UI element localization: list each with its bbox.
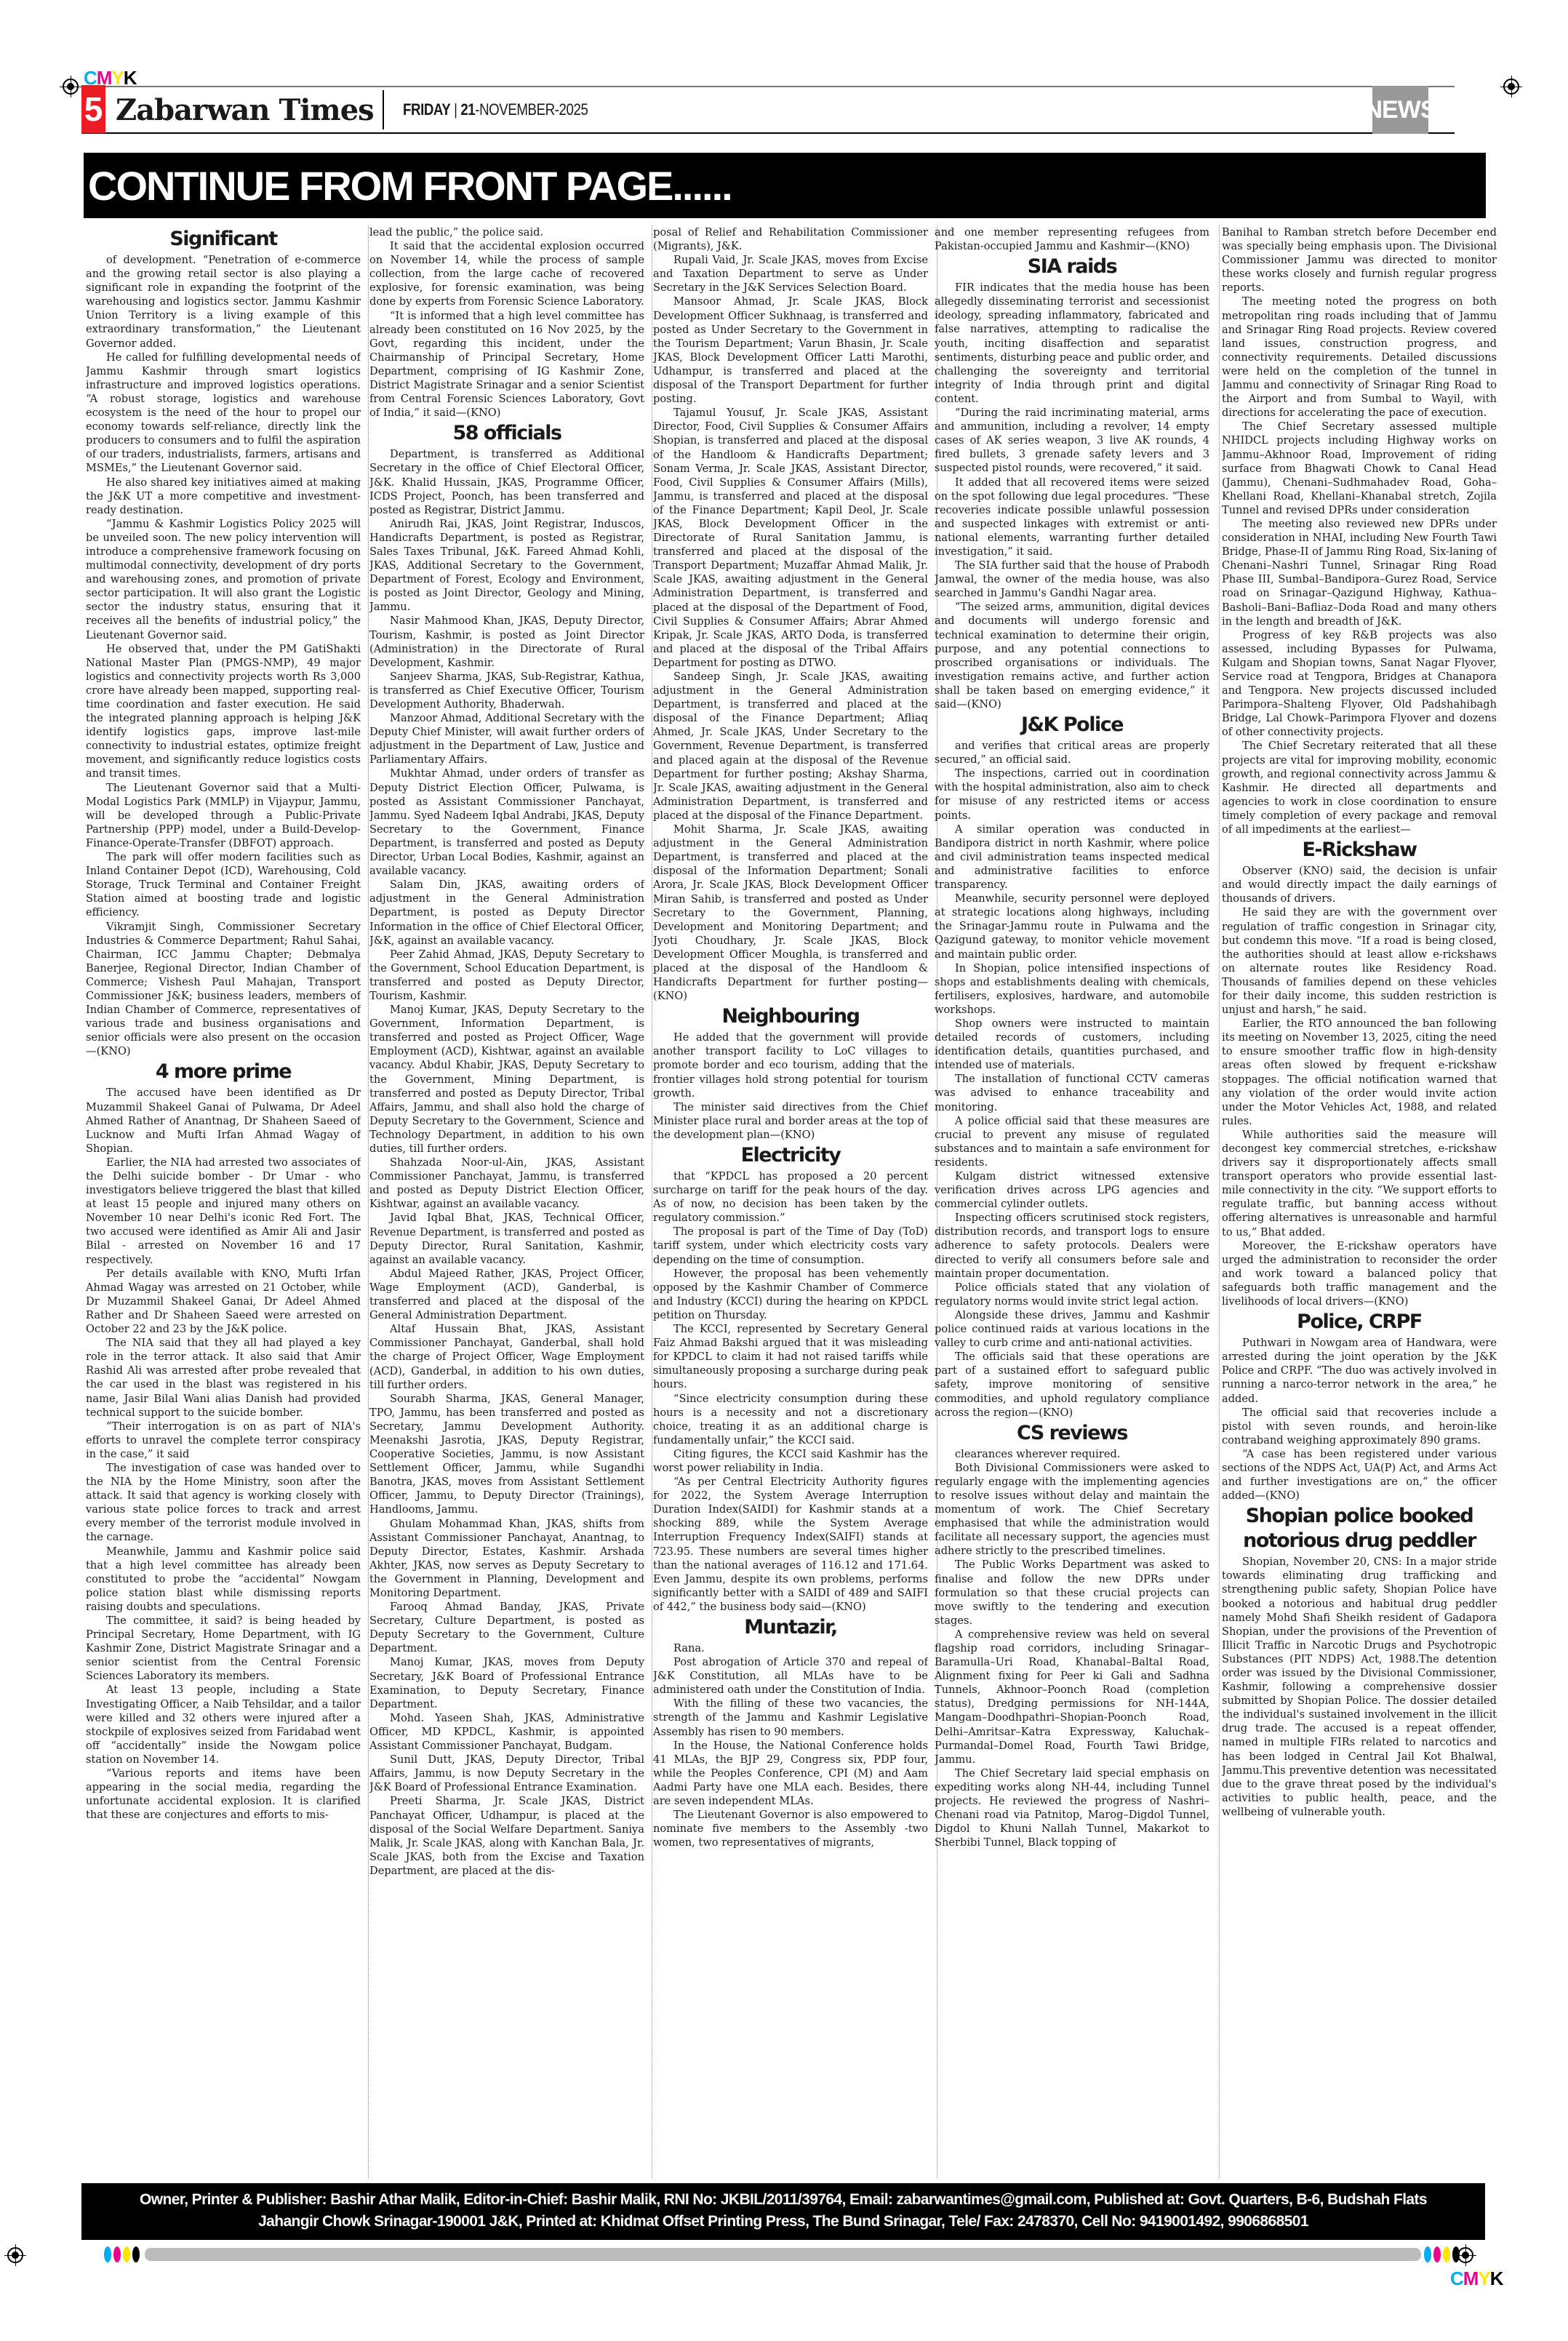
article-paragraph: The Chief Secretary reiterated that all … — [1222, 739, 1497, 836]
cmyk-mark-bottom: CMYK — [1450, 2268, 1503, 2290]
article-paragraph: Abdul Majeed Rather, JKAS, Project Offic… — [369, 1267, 644, 1322]
article-headline: 4 more prime — [86, 1060, 361, 1084]
divider — [383, 90, 384, 129]
article-paragraph: “Various reports and items have been app… — [86, 1766, 361, 1822]
article-paragraph: The KCCI, represented by Secretary Gener… — [653, 1322, 928, 1391]
article-paragraph: Manoj Kumar, JKAS, moves from Deputy Sec… — [369, 1655, 644, 1710]
registration-mark-icon — [63, 79, 79, 95]
article-paragraph: Both Divisional Commissioners were asked… — [935, 1461, 1209, 1558]
article-paragraph: that “KPDCL has proposed a 20 percent su… — [653, 1169, 928, 1225]
registration-mark-icon — [7, 2247, 23, 2263]
article-paragraph: Progress of key R&B projects was also as… — [1222, 628, 1497, 740]
article-paragraph: Ghulam Mohammad Khan, JKAS, shifts from … — [369, 1517, 644, 1601]
magenta-dot-icon — [113, 2246, 121, 2262]
article-headline: E-Rickshaw — [1222, 838, 1497, 863]
article-paragraph: The official said that recoveries includ… — [1222, 1406, 1497, 1447]
column-rule — [368, 225, 369, 2178]
article-paragraph: Citing figures, the KCCI said Kashmir ha… — [653, 1447, 928, 1475]
cyan-dot-icon — [1424, 2246, 1431, 2262]
article-paragraph: “It is informed that a high level commit… — [369, 309, 644, 420]
article-paragraph: “Jammu & Kashmir Logistics Policy 2025 w… — [86, 517, 361, 642]
yellow-dot-icon — [1443, 2246, 1450, 2262]
article-paragraph: Shahzada Noor-ul-Ain, JKAS, Assistant Co… — [369, 1156, 644, 1211]
article-paragraph: “Since electricity consumption during th… — [653, 1392, 928, 1447]
article-paragraph: With the filling of these two vacancies,… — [653, 1697, 928, 1738]
column-rule — [652, 225, 652, 2178]
article-paragraph: Observer (KNO) said, the decision is unf… — [1222, 864, 1497, 905]
article-paragraph: The investigation of case was handed ove… — [86, 1461, 361, 1545]
black-dot-icon — [132, 2246, 140, 2262]
article-paragraph: Javid Iqbal Bhat, JKAS, Technical Office… — [369, 1211, 644, 1266]
article-headline: Electricity — [653, 1143, 928, 1168]
article-paragraph: The installation of functional CCTV came… — [935, 1072, 1209, 1113]
article-paragraph: Inspecting officers scrutinised stock re… — [935, 1211, 1209, 1280]
article-paragraph: “A case has been registered under variou… — [1222, 1447, 1497, 1502]
article-paragraph: Department, is transferred as Additional… — [369, 447, 644, 516]
article-headline: J&K Police — [935, 713, 1209, 737]
article-paragraph: He added that the government will provid… — [653, 1031, 928, 1100]
article-paragraph: Meanwhile, Jammu and Kashmir police said… — [86, 1545, 361, 1614]
article-paragraph: Vikramjit Singh, Commissioner Secretary … — [86, 920, 361, 1059]
article-paragraph: Sanjeev Sharma, JKAS, Sub-Registrar, Kat… — [369, 670, 644, 711]
column-5: Banihal to Ramban stretch before Decembe… — [1222, 225, 1497, 2178]
column-2: lead the public,” the police said.It sai… — [369, 225, 644, 2178]
column-3: posal of Relief and Rehabilitation Commi… — [653, 225, 928, 2178]
column-4: and one member representing refugees fro… — [935, 225, 1209, 2178]
article-paragraph: The Chief Secretary laid special emphasi… — [935, 1766, 1209, 1850]
article-paragraph: Manoj Kumar, JKAS, Deputy Secretary to t… — [369, 1003, 644, 1156]
article-paragraph: Sourabh Sharma, JKAS, General Manager, T… — [369, 1392, 644, 1517]
yellow-dot-icon — [123, 2246, 130, 2262]
column-rule — [1219, 225, 1220, 2178]
article-paragraph: Earlier, the RTO announced the ban follo… — [1222, 1017, 1497, 1128]
article-headline: Significant — [86, 227, 361, 252]
continue-banner: CONTINUE FROM FRONT PAGE...... — [84, 153, 1486, 218]
article-paragraph: Alongside these drives, Jammu and Kashmi… — [935, 1308, 1209, 1350]
article-paragraph: The Lieutenant Governor is also empowere… — [653, 1808, 928, 1849]
article-paragraph: At least 13 people, including a State In… — [86, 1683, 361, 1766]
article-headline: Muntazir, — [653, 1615, 928, 1640]
article-paragraph: Altaf Hussain Bhat, JKAS, Assistant Comm… — [369, 1322, 644, 1391]
article-paragraph: He said they are with the government ove… — [1222, 905, 1497, 1017]
article-paragraph: The SIA further said that the house of P… — [935, 559, 1209, 600]
article-paragraph: Anirudh Rai, JKAS, Joint Registrar, Indu… — [369, 517, 644, 615]
article-headline: Shopian police booked notorious drug ped… — [1222, 1504, 1497, 1553]
article-paragraph: Banihal to Ramban stretch before Decembe… — [1222, 225, 1497, 295]
article-paragraph: A comprehensive review was held on sever… — [935, 1628, 1209, 1766]
article-paragraph: The Chief Secretary assessed multiple NH… — [1222, 420, 1497, 517]
article-paragraph: Mohd. Yaseen Shah, JKAS, Administrative … — [369, 1711, 644, 1753]
article-paragraph: “As per Central Electricity Authority fi… — [653, 1475, 928, 1614]
article-paragraph: The Public Works Department was asked to… — [935, 1558, 1209, 1627]
article-paragraph: It said that the accidental explosion oc… — [369, 239, 644, 308]
article-paragraph: Rupali Vaid, Jr. Scale JKAS, moves from … — [653, 253, 928, 295]
article-paragraph: The meeting also reviewed new DPRs under… — [1222, 517, 1497, 628]
article-paragraph: However, the proposal has been vehementl… — [653, 1267, 928, 1322]
article-paragraph: A similar operation was conducted in Ban… — [935, 823, 1209, 892]
imprint-footer: Owner, Printer & Publisher: Bashir Athar… — [81, 2183, 1485, 2240]
article-paragraph: In the House, the National Conference ho… — [653, 1739, 928, 1808]
article-paragraph: Shopian, November 20, CNS: In a major st… — [1222, 1555, 1497, 1819]
registration-mark-icon — [1503, 79, 1519, 95]
article-paragraph: Shop owners were instructed to maintain … — [935, 1017, 1209, 1072]
article-paragraph: The park will offer modern facilities su… — [86, 850, 361, 919]
article-paragraph: Tajamul Yousuf, Jr. Scale JKAS, Assistan… — [653, 406, 928, 670]
article-headline: CS reviews — [935, 1421, 1209, 1446]
article-paragraph: Post abrogation of Article 370 and repea… — [653, 1655, 928, 1697]
article-headline: 58 officials — [369, 421, 644, 446]
article-paragraph: Kulgam district witnessed extensive veri… — [935, 1169, 1209, 1211]
article-headline: Neighbouring — [653, 1004, 928, 1029]
cyan-dot-icon — [104, 2246, 111, 2262]
article-paragraph: Farooq Ahmad Banday, JKAS, Private Secre… — [369, 1600, 644, 1655]
article-paragraph: Manzoor Ahmad, Additional Secretary with… — [369, 711, 644, 767]
article-paragraph: clearances wherever required. — [935, 1447, 1209, 1461]
article-paragraph: lead the public,” the police said. — [369, 225, 644, 239]
article-paragraph: Rana. — [653, 1641, 928, 1655]
article-paragraph: In Shopian, police intensified inspectio… — [935, 961, 1209, 1017]
article-paragraph: posal of Relief and Rehabilitation Commi… — [653, 225, 928, 253]
article-paragraph: and verifies that critical areas are pro… — [935, 739, 1209, 767]
article-paragraph: The accused have been identified as Dr M… — [86, 1086, 361, 1155]
article-paragraph: Earlier, the NIA had arrested two associ… — [86, 1156, 361, 1267]
article-paragraph: Police officials stated that any violati… — [935, 1281, 1209, 1308]
article-paragraph: “Their interrogation is on as part of NI… — [86, 1420, 361, 1461]
imprint-line-2: Jahangir Chowk Srinagar-190001 J&K, Prin… — [81, 2211, 1485, 2233]
article-paragraph: Sunil Dutt, JKAS, Deputy Director, Triba… — [369, 1753, 644, 1794]
article-paragraph: He also shared key initiatives aimed at … — [86, 476, 361, 517]
article-paragraph: Mansoor Ahmad, Jr. Scale JKAS, Block Dev… — [653, 295, 928, 406]
article-paragraph: Moreover, the E-rickshaw operators have … — [1222, 1239, 1497, 1308]
article-paragraph: The inspections, carried out in coordina… — [935, 767, 1209, 822]
column-1: Significantof development. “Penetration … — [86, 225, 361, 2178]
article-paragraph: “During the raid incriminating material,… — [935, 406, 1209, 475]
article-headline: Police, CRPF — [1222, 1310, 1497, 1334]
imprint-line-1: Owner, Printer & Publisher: Bashir Athar… — [81, 2189, 1485, 2211]
article-paragraph: He called for fulfilling developmental n… — [86, 351, 361, 476]
brand-title: Zabarwan Times — [116, 93, 374, 127]
article-paragraph: Sandeep Singh, Jr. Scale JKAS, awaiting … — [653, 670, 928, 823]
section-badge-news: NEWS — [1372, 86, 1428, 134]
article-paragraph: The minister said directives from the Ch… — [653, 1100, 928, 1142]
dateline: FRIDAY | 21-NOVEMBER-2025 — [403, 100, 588, 119]
article-paragraph: Per details available with KNO, Mufti Ir… — [86, 1267, 361, 1336]
article-paragraph: The proposal is part of the Time of Day … — [653, 1225, 928, 1266]
article-paragraph: Preeti Sharma, Jr. Scale JKAS, District … — [369, 1794, 644, 1878]
article-paragraph: The committee, it said? is being headed … — [86, 1614, 361, 1683]
article-paragraph: A police official said that these measur… — [935, 1114, 1209, 1169]
article-paragraph: The Lieutenant Governor said that a Mult… — [86, 781, 361, 850]
color-bar — [104, 2246, 1462, 2263]
page-number: 5 — [81, 85, 105, 133]
article-paragraph: Peer Zahid Ahmad, JKAS, Deputy Secretary… — [369, 948, 644, 1003]
article-paragraph: Meanwhile, security personnel were deplo… — [935, 892, 1209, 961]
article-paragraph: The NIA said that they all had played a … — [86, 1336, 361, 1420]
article-paragraph: Puthwari in Nowgam area of Handwara, wer… — [1222, 1336, 1497, 1405]
grey-bar — [145, 2248, 1421, 2261]
article-paragraph: Nasir Mahmood Khan, JKAS, Deputy Directo… — [369, 614, 644, 669]
article-paragraph: Salam Din, JKAS, awaiting orders of adju… — [369, 878, 644, 947]
article-paragraph: FIR indicates that the media house has b… — [935, 281, 1209, 406]
registration-mark-icon — [1457, 2247, 1473, 2263]
article-paragraph: “The seized arms, ammunition, digital de… — [935, 600, 1209, 711]
article-paragraph: of development. “Penetration of e-commer… — [86, 253, 361, 351]
masthead: 5 Zabarwan Times FRIDAY | 21-NOVEMBER-20… — [81, 86, 1455, 134]
article-paragraph: The officials said that these operations… — [935, 1350, 1209, 1419]
article-paragraph: and one member representing refugees fro… — [935, 225, 1209, 253]
article-paragraph: He observed that, under the PM GatiShakt… — [86, 642, 361, 781]
article-paragraph: Mohit Sharma, Jr. Scale JKAS, awaiting a… — [653, 823, 928, 1003]
magenta-dot-icon — [1433, 2246, 1441, 2262]
article-headline: SIA raids — [935, 255, 1209, 279]
article-paragraph: It added that all recovered items were s… — [935, 476, 1209, 559]
article-paragraph: While authorities said the measure will … — [1222, 1128, 1497, 1239]
article-paragraph: The meeting noted the progress on both m… — [1222, 295, 1497, 420]
article-paragraph: Mukhtar Ahmad, under orders of transfer … — [369, 767, 644, 878]
